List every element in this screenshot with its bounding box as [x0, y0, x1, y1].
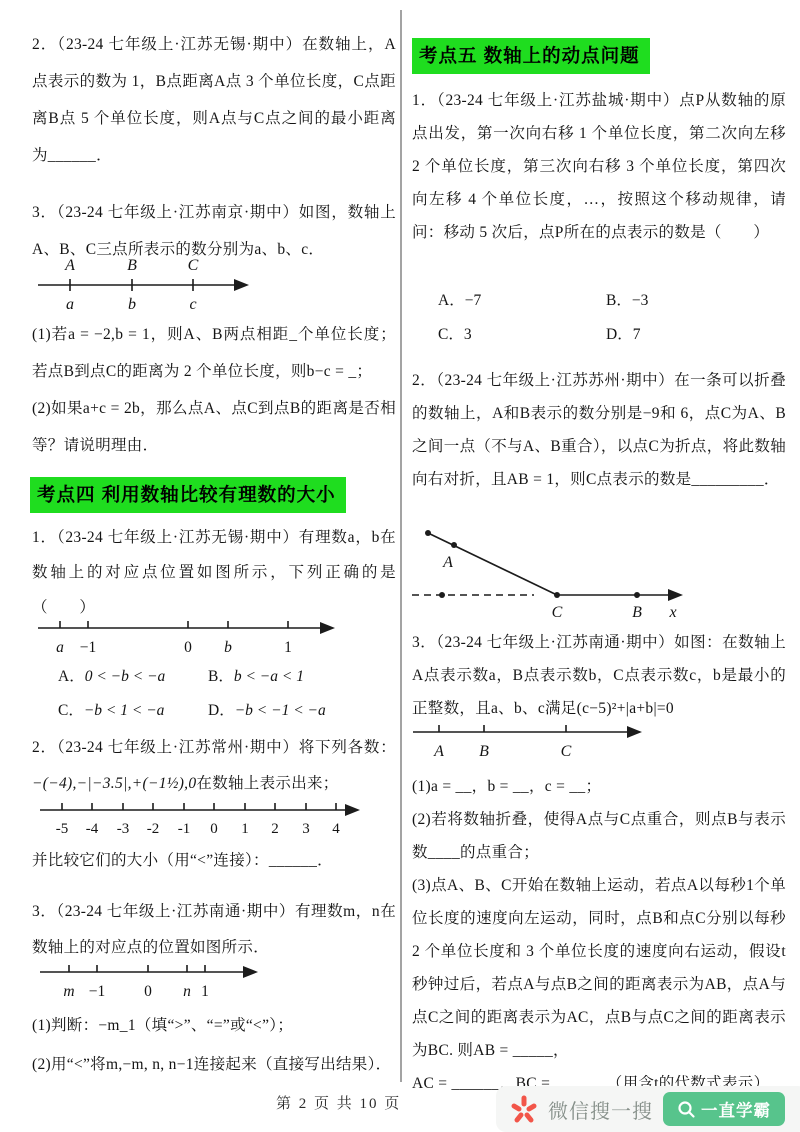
tick-label: b — [128, 296, 136, 313]
axis-label-x: x — [668, 604, 676, 621]
brand-text: 微信搜一搜 — [548, 1095, 653, 1124]
question-5-3-text: 3．（23-24 七年级上·江苏南通·期中）如图：在数轴上A点表示数a，B点表示… — [412, 626, 786, 725]
tick-label: 1 — [201, 983, 209, 1000]
tick-label: C — [561, 743, 572, 760]
tick-label: 0 — [184, 639, 192, 656]
option-c: C．3 — [412, 318, 580, 352]
tick-label: -3 — [117, 821, 130, 837]
tick-label: 3 — [302, 821, 310, 837]
tick-label: b — [224, 639, 232, 656]
fold-diagram: A C B x — [412, 523, 692, 623]
brand-logo-icon — [510, 1095, 538, 1123]
numberline-a-b: a −1 0 b 1 — [34, 616, 344, 662]
option-b: B．−3 — [580, 284, 730, 318]
question-5-3-part2: (2)若将数轴折叠，使得A点与C点重合，则点B与表示数____的点重合； — [412, 803, 786, 869]
search-icon — [677, 1100, 695, 1118]
tick-label: -4 — [86, 821, 99, 837]
numberline-mn: m −1 0 n 1 — [36, 960, 271, 1006]
tick-label: m — [63, 983, 74, 1000]
column-divider — [400, 10, 402, 1082]
question-4-3-part2: (2)用“<”将m,−m, n, n−1连接起来（直接写出结果）． — [32, 1045, 396, 1084]
numberline-abc-letters: A B C a b c — [36, 254, 266, 316]
tick-label: B — [127, 257, 137, 274]
tick-label: -1 — [178, 821, 191, 837]
tick-label: 4 — [332, 821, 340, 837]
tick-label: A — [64, 257, 75, 274]
tick-label: C — [188, 257, 199, 274]
point-label-a: A — [442, 554, 453, 571]
question-4-1-text: 1．（23-24 七年级上·江苏无锡·期中）有理数a，b在数轴上的对应点位置如图… — [32, 520, 396, 625]
page-number: 第 2 页 共 10 页 — [276, 1092, 401, 1113]
question-4-3-parts: (1)判断：−m_1（填“>”、“=”或“<”）； (2)用“<”将m,−m, … — [32, 1006, 396, 1084]
tick-label: 0 — [210, 821, 218, 837]
option-a: A．−7 — [412, 284, 580, 318]
tick-label: a — [66, 296, 74, 313]
option-d: D．7 — [580, 318, 730, 352]
option-b: B．b < −a < 1 — [182, 660, 332, 694]
search-badge-label: 一直学霸 — [701, 1097, 771, 1121]
tick-label: B — [479, 743, 489, 760]
tick-label: 0 — [144, 983, 152, 1000]
tick-label: −1 — [89, 983, 106, 1000]
option-c: C．−b < 1 < −a — [32, 694, 182, 728]
question-5-2-text: 2．（23-24 七年级上·江苏苏州·期中）在一条可以折叠的数轴上，A和B表示的… — [412, 364, 786, 496]
numberline-integers: -5 -4 -3 -2 -1 0 1 2 3 4 — [36, 798, 366, 844]
question-4-3-text: 3．（23-24 七年级上·江苏南通·期中）有理数m，n在数轴上的对应点的位置如… — [32, 894, 396, 966]
question-5-3-part1: (1)a = __，b = __，c = __； — [412, 770, 786, 803]
tick-label: 1 — [241, 821, 249, 837]
question-2-wuxi-text: 2．（23-24 七年级上·江苏无锡·期中）在数轴上，A点表示的数为 1，B点距… — [32, 26, 396, 174]
number-list-expression: −(−4),−|−3.5|,+(−1½),0 — [32, 775, 196, 792]
section-4-header: 考点四 利用数轴比较有理数的大小 — [30, 477, 346, 513]
watermark: 微信搜一搜 一直学霸 — [496, 1086, 800, 1132]
question-4-1-options: A．0 < −b < −a B．b < −a < 1 C．−b < 1 < −a… — [32, 660, 396, 728]
tick-label: a — [56, 639, 64, 656]
question-5-3-part3: (3)点A、B、C开始在数轴上运动，若点A以每秒1个单位长度的速度向左运动，同时… — [412, 869, 786, 1067]
tick-label: -5 — [56, 821, 69, 837]
search-badge: 一直学霸 — [663, 1092, 785, 1126]
question-3-part2: (2)如果a+c = 2b，那么点A、点C到点B的距离是否相等？请说明理由． — [32, 390, 396, 464]
question-4-2-compare: 并比较它们的大小（用“<”连接）：______． — [32, 842, 396, 879]
numberline-ABC: A B C — [413, 720, 648, 766]
question-4-2-text: 2．（23-24 七年级上·江苏常州·期中）将下列各数：−(−4),−|−3.5… — [32, 730, 396, 802]
question-5-1-options: A．−7 B．−3 C．3 D．7 — [412, 284, 786, 352]
point-label-c: C — [552, 604, 563, 621]
question-3-part1: (1)若a = −2,b = 1，则A、B两点相距_个单位长度；若点B到点C的距… — [32, 316, 396, 390]
tick-label: c — [189, 296, 196, 313]
option-a: A．0 < −b < −a — [32, 660, 182, 694]
tick-label: n — [183, 983, 191, 1000]
option-d: D．−b < −1 < −a — [182, 694, 332, 728]
tick-label: 2 — [271, 821, 279, 837]
point-label-b: B — [632, 604, 642, 621]
tick-label: −1 — [80, 639, 97, 656]
worksheet-page: { "page": { "highlight_green": "#1fdd1f"… — [0, 0, 800, 1132]
tick-label: -2 — [147, 821, 160, 837]
question-5-3-parts: (1)a = __，b = __，c = __； (2)若将数轴折叠，使得A点与… — [412, 770, 786, 1100]
question-4-3-part1: (1)判断：−m_1（填“>”、“=”或“<”）； — [32, 1006, 396, 1045]
section-5-header: 考点五 数轴上的动点问题 — [412, 38, 650, 74]
tick-label: 1 — [284, 639, 292, 656]
question-5-1-text: 1．（23-24 七年级上·江苏盐城·期中）点P从数轴的原点出发，第一次向右移 … — [412, 84, 786, 249]
tick-label: A — [433, 743, 444, 760]
